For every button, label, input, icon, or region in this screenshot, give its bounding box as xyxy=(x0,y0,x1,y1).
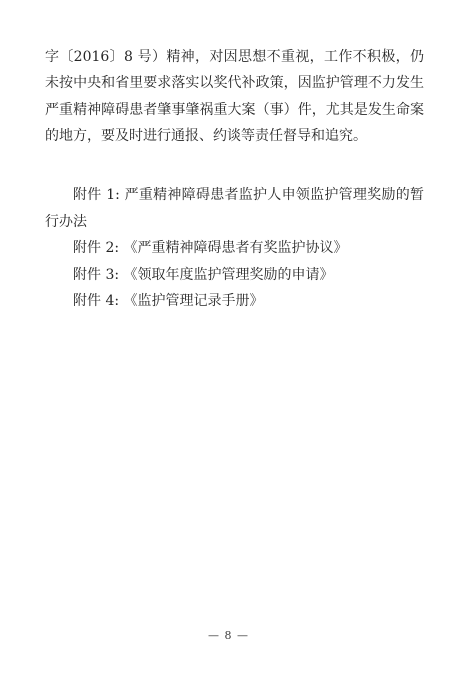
page-content: 字〔2016〕8 号）精神，对因思想不重视，工作不积极，仍未按中央和省里要求落实… xyxy=(45,44,424,315)
attachment-item-4: 附件 4: 《监护管理记录手册》 xyxy=(45,288,424,315)
body-paragraph: 字〔2016〕8 号）精神，对因思想不重视，工作不积极，仍未按中央和省里要求落实… xyxy=(45,44,424,149)
attachment-item-1: 附件 1: 严重精神障碍患者监护人申领监护管理奖励的暂行办法 xyxy=(45,182,424,235)
attachment-list: 附件 1: 严重精神障碍患者监护人申领监护管理奖励的暂行办法 附件 2: 《严重… xyxy=(45,182,424,315)
document-page: 字〔2016〕8 号）精神，对因思想不重视，工作不积极，仍未按中央和省里要求落实… xyxy=(0,0,457,688)
attachment-item-3: 附件 3: 《领取年度监护管理奖励的申请》 xyxy=(45,262,424,289)
attachment-item-2: 附件 2: 《严重精神障碍患者有奖监护协议》 xyxy=(45,235,424,262)
page-number: — 8 — xyxy=(0,629,457,642)
